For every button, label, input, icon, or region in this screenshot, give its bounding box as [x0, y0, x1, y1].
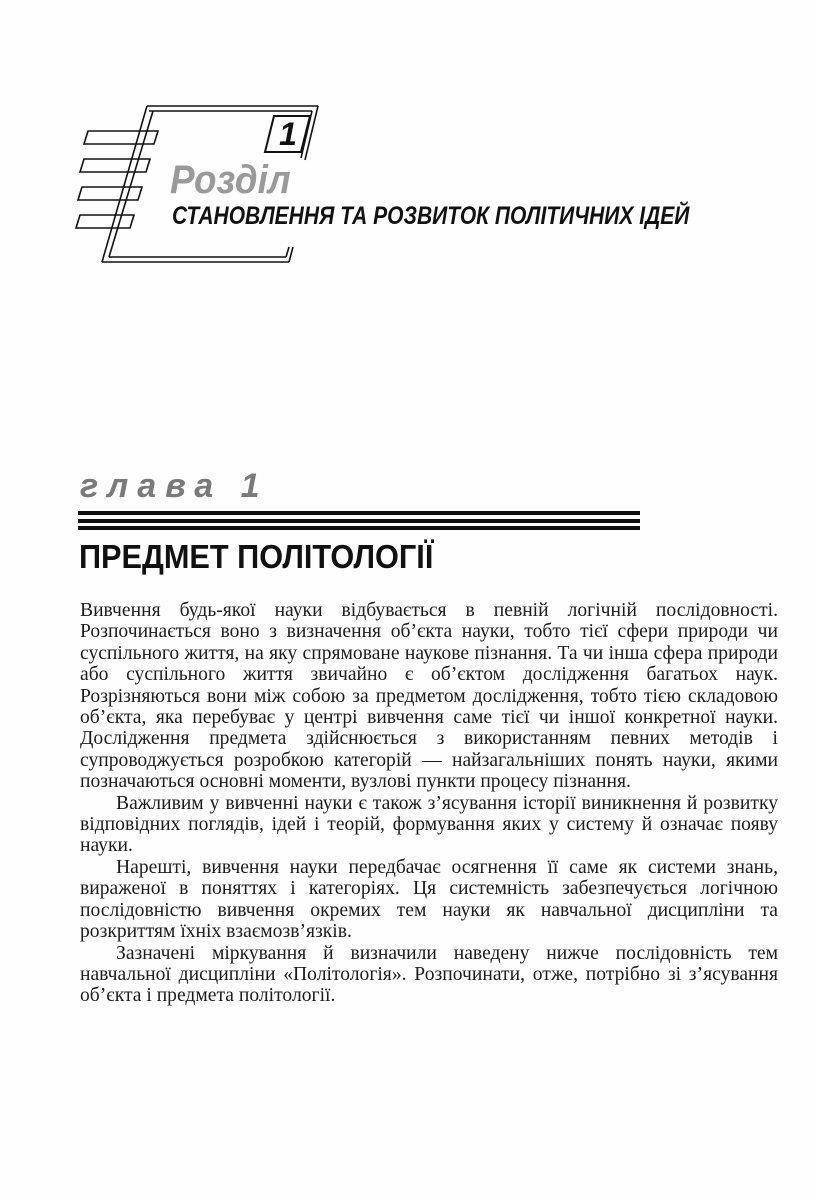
part-frame-ornament	[0, 0, 816, 300]
paragraph: Вивчення будь-якої науки відбувається в …	[80, 600, 778, 793]
paragraph: Нарешті, вивчення науки передбачає осягн…	[80, 857, 778, 943]
rule-line	[78, 526, 640, 530]
paragraph: Важливим у вивченні науки є також з’ясув…	[80, 793, 778, 857]
chapter-label: глава 1	[80, 466, 269, 506]
rule-line	[78, 511, 640, 515]
paragraph: Зазначені міркування й визначили наведен…	[80, 943, 778, 1007]
body-text: Вивчення будь-якої науки відбувається в …	[80, 600, 778, 1007]
part-label: Розділ	[170, 158, 291, 202]
part-number: 1	[268, 117, 308, 151]
chapter-rule-lines	[78, 511, 640, 534]
part-title: СТАНОВЛЕННЯ ТА РОЗВИТОК ПОЛІТИЧНИХ ІДЕЙ	[172, 200, 689, 232]
rule-line	[78, 519, 640, 523]
chapter-title: ПРЕДМЕТ ПОЛІТОЛОГІЇ	[79, 537, 433, 577]
